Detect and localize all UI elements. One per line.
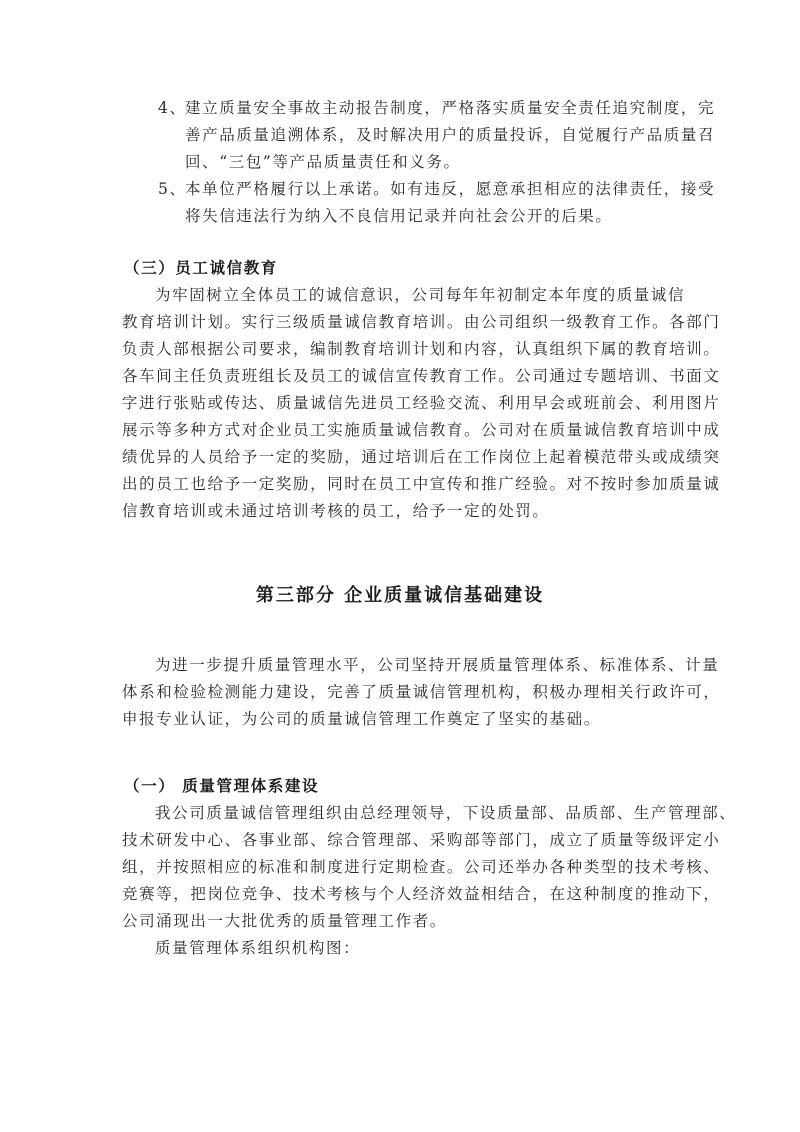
section-3-line-6: 展示等多种方式对企业员工实施质量诚信教育。公司对在质量诚信教育培训中成 (122, 420, 679, 440)
section-3-line-8: 出的员工也给予一定奖励，同时在员工中宣传和推广经验。对不按时参加质量诚 (122, 474, 679, 494)
document-page: 4、 建立质量安全事故主动报告制度，严格落实质量安全责任追究制度，完 善产品质量… (0, 0, 800, 1132)
section-3-line-3: 负责人部根据公司要求，编制教育培训计划和内容，认真组织下属的教育培训。 (122, 339, 679, 359)
part-3-title: 第三部分 企业质量诚信基础建设 (0, 581, 800, 607)
subsection-1-line-2: 技术研发中心、各事业部、综合管理部、采购部等部门，成立了质量等级评定小 (122, 830, 679, 850)
commitment-item-5-number: 5、 (158, 179, 187, 199)
commitment-item-4-number: 4、 (158, 98, 187, 118)
commitment-item-4-line-1: 建立质量安全事故主动报告制度，严格落实质量安全责任追究制度，完 (185, 98, 678, 118)
subsection-1-line-5: 公司涌现出一大批优秀的质量管理工作者。 (122, 911, 447, 931)
part-3-intro-line-2: 体系和检验检测能力建设，完善了质量诚信管理机构，积极办理相关行政许可， (122, 682, 679, 702)
section-3-line-2: 教育培训计划。实行三级质量诚信教育培训。由公司组织一级教育工作。各部门 (122, 312, 679, 332)
part-3-intro-line-1: 为进一步提升质量管理水平，公司坚持开展质量管理体系、标准体系、计量 (155, 655, 679, 675)
commitment-item-5-line-2: 将失信违法行为纳入不良信用记录并向社会公开的后果。 (185, 206, 613, 226)
org-chart-caption: 质量管理体系组织机构图： (155, 938, 360, 958)
commitment-item-4-line-2: 善产品质量追溯体系，及时解决用户的质量投诉，自觉履行产品质量召 (185, 125, 678, 145)
section-3-line-7: 绩优异的人员给予一定的奖励，通过培训后在工作岗位上起着模范带头或成绩突 (122, 447, 679, 467)
part-3-intro-line-3: 申报专业认证，为公司的质量诚信管理工作奠定了坚实的基础。 (122, 709, 601, 729)
subsection-1-line-3: 组，并按照相应的标准和制度进行定期检查。公司还举办各种类型的技术考核、 (122, 857, 679, 877)
section-3-line-1: 为牢固树立全体员工的诚信意识，公司每年年初制定本年度的质量诚信 (155, 285, 685, 305)
section-3-line-9: 信教育培训或未通过培训考核的员工，给予一定的处罚。 (122, 501, 550, 521)
commitment-item-5-line-1: 本单位严格履行以上承诺。如有违反，愿意承担相应的法律责任，接受 (185, 179, 678, 199)
commitment-item-4-line-3: 回、“三包”等产品质量责任和义务。 (185, 152, 461, 172)
section-3-heading: （三）员工诚信教育 (124, 258, 278, 278)
subsection-1-heading: （一） 质量管理体系建设 (124, 776, 319, 796)
section-3-line-4: 各车间主任负责班组长及员工的诚信宣传教育工作。公司通过专题培训、书面文 (122, 366, 679, 386)
subsection-1-line-1: 我公司质量诚信管理组织由总经理领导，下设质量部、品质部、生产管理部、 (155, 803, 679, 823)
section-3-line-5: 字进行张贴或传达、质量诚信先进员工经验交流、利用早会或班前会、利用图片 (122, 393, 679, 413)
subsection-1-line-4: 竞赛等，把岗位竞争、技术考核与个人经济效益相结合，在这种制度的推动下， (122, 884, 679, 904)
